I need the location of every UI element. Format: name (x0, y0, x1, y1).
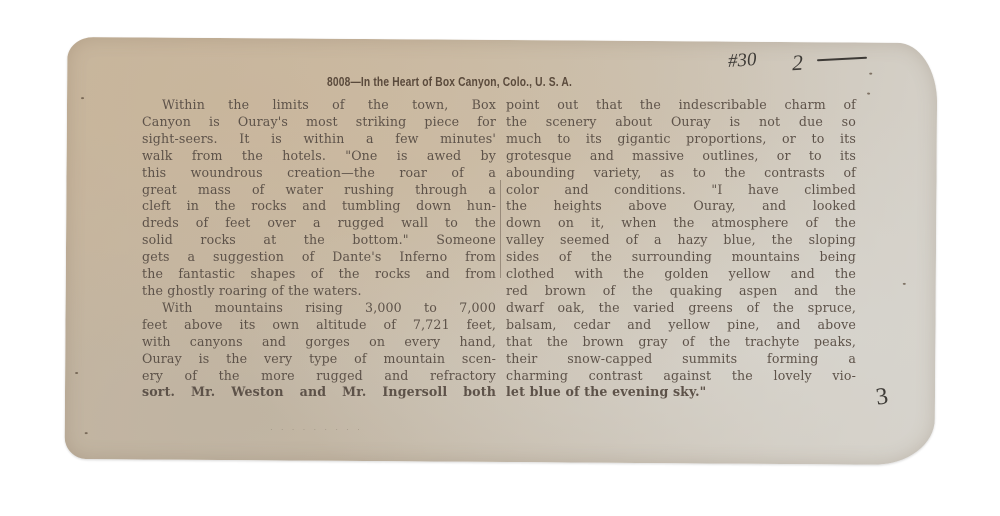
card-title: 8008—In the Heart of Box Canyon, Colo., … (327, 75, 572, 89)
text-line: the ghostly roaring of the waters. (142, 283, 496, 300)
text-line: this woundrous creation—the roar of a (142, 165, 496, 182)
text-line: Canyon is Ouray's most striking piece fo… (142, 114, 496, 131)
text-line: much to its gigantic proportions, or to … (506, 131, 856, 148)
text-line: charming contrast against the lovely vio… (506, 368, 856, 385)
text-line: clothed with the golden yellow and the (506, 266, 856, 283)
paper-speck (869, 73, 872, 75)
paper-speck (85, 432, 88, 434)
text-line: point out that the indescribable charm o… (506, 97, 856, 114)
paper-speck (903, 283, 906, 285)
paper-speck (75, 372, 78, 374)
text-line: with canyons and gorges on every hand, (142, 334, 496, 351)
text-line: Within the limits of the town, Box (142, 97, 496, 114)
text-line: walk from the hotels. "One is awed by (142, 148, 496, 165)
text-line: dwarf oak, the varied greens of the spru… (506, 300, 856, 317)
text-line: Ouray is the very type of mountain scen- (142, 351, 496, 368)
text-line: the fantastic shapes of the rocks and fr… (142, 266, 496, 283)
text-line: balsam, cedar and yellow pine, and above (506, 317, 856, 334)
text-line: the scenery about Ouray is not due so (506, 114, 856, 131)
handwritten-item-number: #30 (727, 49, 757, 73)
text-line: dreds of feet over a rugged wall to the (142, 215, 496, 232)
text-line: valley seemed of a hazy blue, the slopin… (506, 232, 856, 249)
text-line: abounding variety, as to the contrasts o… (506, 165, 856, 182)
text-line: down on it, when the atmosphere of the (506, 215, 856, 232)
right-text-column: point out that the indescribable charm o… (506, 97, 856, 401)
column-divider (500, 180, 501, 278)
text-line: color and conditions. "I have climbed (506, 182, 856, 199)
text-line: solid rocks at the bottom." Someone (142, 232, 496, 249)
text-line: that the brown gray of the trachyte peak… (506, 334, 856, 351)
text-line: red brown of the quaking aspen and the (506, 283, 856, 300)
paper-speck (81, 97, 84, 99)
text-line: gets a suggestion of Dante's Inferno fro… (142, 249, 496, 266)
text-line: sides of the surrounding mountains being (506, 249, 856, 266)
paper-speck (867, 93, 870, 95)
text-line: their snow-capped summits forming a (506, 351, 856, 368)
text-line: cleft in the rocks and tumbling down hun… (142, 198, 496, 215)
text-line: grotesque and massive outlines, or to it… (506, 148, 856, 165)
photo-stage: 8008—In the Heart of Box Canyon, Colo., … (0, 0, 1000, 516)
faded-imprint: · · · · · · · · · (270, 425, 363, 434)
text-line: great mass of water rushing through a (142, 182, 496, 199)
text-line: sight-seers. It is within a few minutes' (142, 131, 496, 148)
text-line: the heights above Ouray, and looked (506, 198, 856, 215)
text-line: With mountains rising 3,000 to 7,000 (142, 300, 496, 317)
handwritten-price: 2 (791, 50, 803, 77)
text-line: feet above its own altitude of 7,721 fee… (142, 317, 496, 334)
text-line: sort. Mr. Weston and Mr. Ingersoll both (142, 384, 496, 401)
left-text-column: Within the limits of the town, Box Canyo… (142, 97, 496, 401)
text-line: let blue of the evening sky." (506, 384, 856, 401)
text-line: ery of the more rugged and refractory (142, 368, 496, 385)
